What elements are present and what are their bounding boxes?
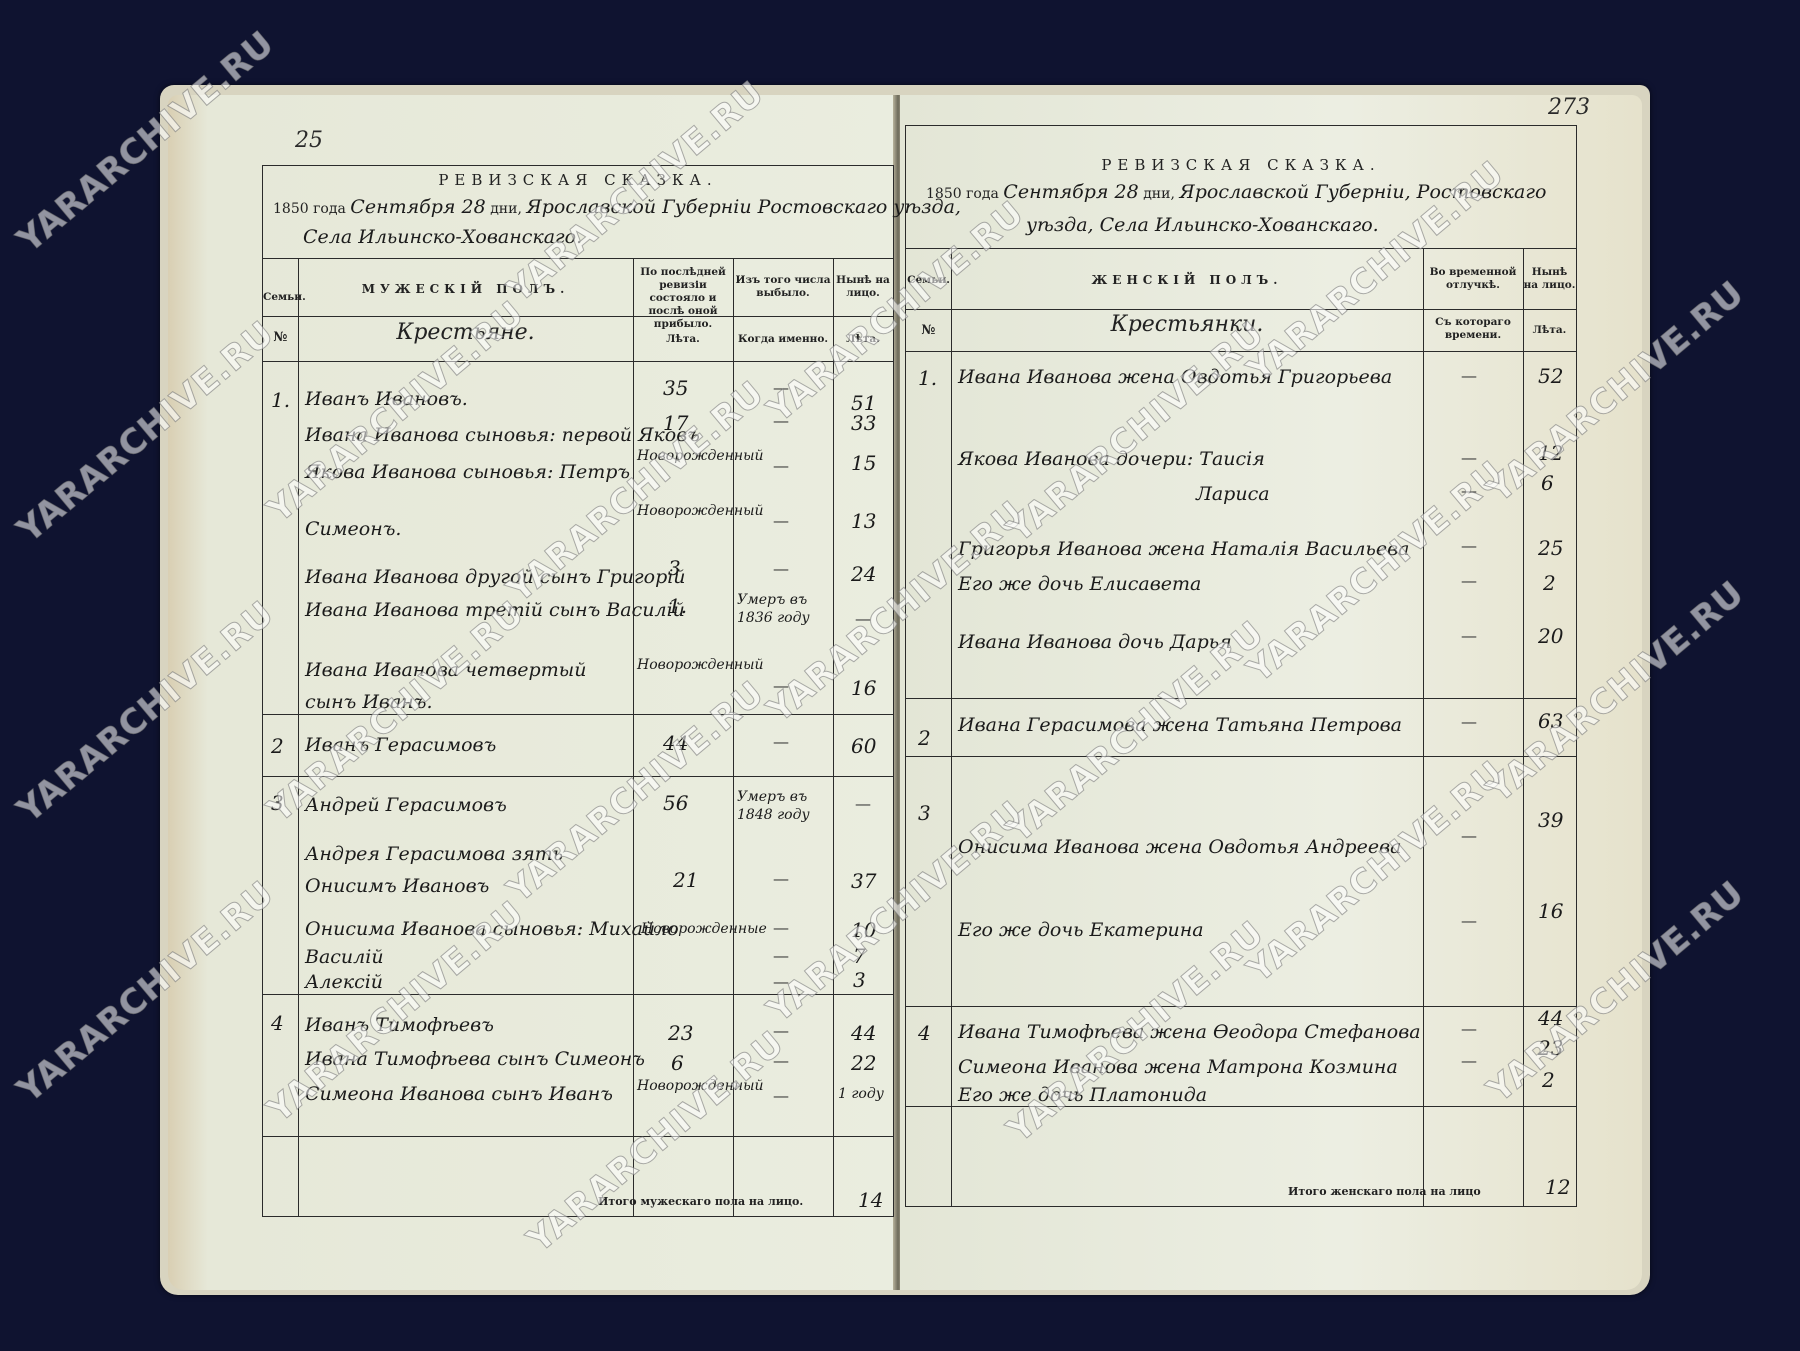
current-age: 16 <box>851 676 876 700</box>
dropped-value: — <box>773 1051 789 1070</box>
col-sex: ЖЕНСКІЙ ПОЛЪ. <box>951 274 1423 287</box>
last-revision-age: Новорожденный <box>637 503 727 519</box>
divider <box>906 309 1576 310</box>
person-name: Андрей Герасимовъ <box>305 794 507 816</box>
person-name: Его же дочь Елисавета <box>958 573 1201 595</box>
left-header-line-2: Села Ильинско-Хованскаго. <box>303 226 582 248</box>
dropped-value: — <box>773 918 789 937</box>
current-age: 2 <box>1542 1068 1555 1092</box>
header-date: Сентября 28 <box>1003 181 1138 203</box>
column-rule <box>1423 248 1424 1206</box>
right-header-line-1: 1850 года Сентября 28 дни, Ярославской Г… <box>926 181 1546 203</box>
absence-value: — <box>1461 1051 1477 1070</box>
female-register-table: РЕВИЗСКАЯ СКАЗКА. 1850 года Сентября 28 … <box>905 125 1577 1207</box>
col-years2: Лѣта. <box>833 333 893 346</box>
dropped-value: — <box>773 1021 789 1040</box>
dropped-value: — <box>773 378 789 397</box>
person-name: Иванъ Тимофѣевъ <box>305 1014 494 1036</box>
divider <box>263 361 893 362</box>
current-age: 25 <box>1538 536 1563 560</box>
last-revision-age: 56 <box>663 791 688 815</box>
header-place: Ярославской Губерніи Ростовскаго уѣзда, <box>526 196 961 218</box>
current-age: 33 <box>851 411 876 435</box>
female-total-value: 12 <box>1545 1175 1570 1199</box>
col-num-sign: № <box>263 331 298 344</box>
person-name: Симеона Иванова жена Матрона Козмина <box>958 1056 1398 1078</box>
person-name: Ивана Герасимова жена Татьяна Петрова <box>958 714 1402 736</box>
dropped-value: — <box>773 869 789 888</box>
person-name: Григорья Иванова жена Наталія Васильева <box>958 538 1409 560</box>
family-number: 2 <box>271 734 284 758</box>
column-rule <box>833 258 834 1216</box>
person-name: Лариса <box>1196 483 1270 505</box>
male-register-table: РЕВИЗСКАЯ СКАЗКА. 1850 года Сентября 28 … <box>262 165 894 1217</box>
female-total-label: Итого женскаго пола на лицо <box>1288 1185 1481 1198</box>
person-name: Андрея Герасимова зять Онисимъ Ивановъ <box>305 838 625 902</box>
divider <box>906 248 1576 249</box>
absence-value: — <box>1461 626 1477 645</box>
last-revision-age: Новорожденный <box>637 448 727 464</box>
family-divider <box>263 994 893 995</box>
right-folio-number: 273 <box>1548 95 1590 120</box>
col-category: Крестьяне. <box>298 326 633 339</box>
absence-value: — <box>1461 481 1477 500</box>
family-divider <box>906 756 1576 757</box>
death-note: Умеръ въ 1848 году <box>737 788 827 824</box>
family-number: 1. <box>271 388 290 412</box>
dropped-value: — <box>773 411 789 430</box>
male-total-value: 14 <box>858 1188 883 1212</box>
family-divider <box>263 1136 893 1137</box>
absence-value: — <box>1461 571 1477 590</box>
col-years: Лѣта. <box>633 333 733 346</box>
col-num-sign: № <box>906 324 951 337</box>
absence-value: — <box>1461 366 1477 385</box>
person-name: Онисима Иванова жена Овдотья Андреева <box>958 836 1401 858</box>
left-folio-number: 25 <box>295 128 323 153</box>
last-revision-age: 23 <box>668 1021 693 1045</box>
current-age: 3 <box>853 968 866 992</box>
left-header-line-1: 1850 года Сентября 28 дни, Ярославской Г… <box>273 196 961 218</box>
header-village: Села Ильинско-Хованскаго. <box>303 226 582 248</box>
family-divider <box>906 1006 1576 1007</box>
person-name: Симеонъ. <box>305 518 401 540</box>
col-category: Крестьянки. <box>951 318 1423 331</box>
column-rule <box>951 248 952 1206</box>
current-age: — <box>855 794 871 813</box>
absence-value: — <box>1461 536 1477 555</box>
divider <box>263 316 893 317</box>
family-divider <box>263 776 893 777</box>
person-name: Ивана Тимофѣева жена Өеодора Стефанова <box>958 1021 1421 1043</box>
last-revision-age: 21 <box>673 868 698 892</box>
current-age: 37 <box>851 869 876 893</box>
col-since: Съ котораго времени. <box>1423 316 1523 342</box>
current-age: 2 <box>1543 571 1556 595</box>
col-years: Лѣта. <box>1523 324 1576 337</box>
header-year-label: года <box>966 186 999 202</box>
person-name: Ивана Иванова другой сынъ Григорій <box>305 566 686 588</box>
header-day-label: дни, <box>1143 186 1175 202</box>
dropped-value: — <box>773 732 789 751</box>
last-revision-age: Новорожденные <box>641 918 711 940</box>
family-divider <box>906 698 1576 699</box>
person-name: Ивана Иванова жена Овдотья Григорьева <box>958 366 1392 388</box>
absence-value: — <box>1461 826 1477 845</box>
left-title: РЕВИЗСКАЯ СКАЗКА. <box>263 171 893 189</box>
person-name: Якова Иванова дочери: Таисія <box>958 448 1265 470</box>
current-age: — <box>855 609 871 628</box>
family-number: 2 <box>918 726 931 750</box>
family-divider <box>906 1106 1576 1107</box>
person-name: Алексій <box>305 971 383 993</box>
person-name: Иванъ Герасимовъ <box>305 734 496 756</box>
column-rule <box>298 258 299 1216</box>
col-now: Нынѣ на лицо. <box>1523 266 1576 292</box>
header-year-label: года <box>313 201 346 217</box>
last-revision-age: 17 <box>663 411 688 435</box>
dropped-value: — <box>773 972 789 991</box>
absence-value: — <box>1461 911 1477 930</box>
current-age: 6 <box>1541 471 1554 495</box>
current-age: 23 <box>1538 1036 1563 1060</box>
person-name: Ивана Тимофѣева сынъ Симеонъ <box>305 1048 645 1070</box>
header-year: 1850 <box>926 186 962 202</box>
current-age: 13 <box>851 509 876 533</box>
dropped-value: — <box>773 1086 789 1105</box>
person-name: Его же дочь Екатерина <box>958 919 1204 941</box>
person-name: Василій <box>305 946 384 968</box>
person-name: Якова Иванова сыновья: Петръ <box>305 461 630 483</box>
person-name: Симеона Иванова сынъ Иванъ <box>305 1083 613 1105</box>
current-age: 44 <box>1538 1006 1563 1030</box>
current-age: 63 <box>1538 709 1563 733</box>
family-number: 3 <box>271 791 284 815</box>
header-village: уѣзда, Села Ильинско-Хованскаго. <box>1026 214 1379 236</box>
current-age: 22 <box>851 1051 876 1075</box>
col-now: Нынѣ на лицо. <box>833 274 893 300</box>
col-family: Семьи. <box>263 291 298 304</box>
last-revision-age: Новорожденный <box>637 656 727 674</box>
dropped-value: — <box>773 946 789 965</box>
current-age: 52 <box>1538 364 1563 388</box>
family-number: 3 <box>918 801 931 825</box>
dropped-value: — <box>773 676 789 695</box>
col-sex: МУЖЕСКІЙ ПОЛЪ. <box>298 283 633 296</box>
dropped-value: — <box>773 511 789 530</box>
col-dropped: Изъ того числа выбыло. <box>733 274 833 300</box>
divider <box>906 351 1576 352</box>
absence-value: — <box>1461 712 1477 731</box>
current-age: 60 <box>851 734 876 758</box>
divider <box>263 258 893 259</box>
right-title: РЕВИЗСКАЯ СКАЗКА. <box>906 156 1576 174</box>
column-rule <box>1523 248 1524 1206</box>
current-age: 24 <box>851 562 876 586</box>
col-last-revision: По послѣдней ревизіи состояло и послѣ он… <box>633 266 733 331</box>
current-age: 7 <box>853 944 866 968</box>
last-revision-age: 6 <box>671 1051 684 1075</box>
column-rule <box>733 258 734 1216</box>
right-header-line-2: уѣзда, Села Ильинско-Хованскаго. <box>1026 214 1379 236</box>
person-name: Ивана Иванова дочь Дарья <box>958 631 1232 653</box>
current-age: 10 <box>851 918 876 942</box>
col-absence: Во временной отлучкѣ. <box>1423 266 1523 292</box>
col-when: Когда именно. <box>733 333 833 346</box>
person-name: Его же дочь Платонида <box>958 1084 1207 1106</box>
current-age: 39 <box>1538 808 1563 832</box>
col-family: Семьи. <box>906 274 951 287</box>
header-date: Сентября 28 <box>350 196 485 218</box>
person-name: Иванъ Ивановъ. <box>305 388 468 410</box>
current-age: 1 году <box>838 1086 884 1102</box>
dropped-value: — <box>773 559 789 578</box>
male-total-label: Итого мужескаго пола на лицо. <box>598 1195 803 1208</box>
header-place: Ярославской Губерніи, Ростовскаго <box>1179 181 1546 203</box>
family-number: 4 <box>918 1021 931 1045</box>
family-number: 4 <box>271 1011 284 1035</box>
current-age: 16 <box>1538 899 1563 923</box>
header-day-label: дни, <box>490 201 522 217</box>
person-name: Ивана Иванова третій сынъ Василій <box>305 599 685 621</box>
last-revision-age: Новорожденный <box>637 1078 727 1094</box>
column-rule <box>633 258 634 1216</box>
last-revision-age: 35 <box>663 376 688 400</box>
last-revision-age: 3 <box>668 556 681 580</box>
last-revision-age: 1. <box>668 594 687 618</box>
header-year: 1850 <box>273 201 309 217</box>
person-name: Ивана Иванова четвертый сынъ Иванъ. <box>305 654 625 718</box>
person-name: Онисима Иванова сыновья: Михайло <box>305 918 679 940</box>
current-age: 20 <box>1538 624 1563 648</box>
person-name: Ивана Иванова сыновья: первой Яковъ <box>305 424 700 446</box>
last-revision-age: 44 <box>663 731 688 755</box>
current-age: 44 <box>851 1021 876 1045</box>
death-note: Умеръ въ 1836 году <box>737 591 827 627</box>
current-age: 15 <box>851 451 876 475</box>
absence-value: — <box>1461 1019 1477 1038</box>
current-age: 12 <box>1538 441 1563 465</box>
family-number: 1. <box>918 366 937 390</box>
dropped-value: — <box>773 456 789 475</box>
absence-value: — <box>1461 448 1477 467</box>
